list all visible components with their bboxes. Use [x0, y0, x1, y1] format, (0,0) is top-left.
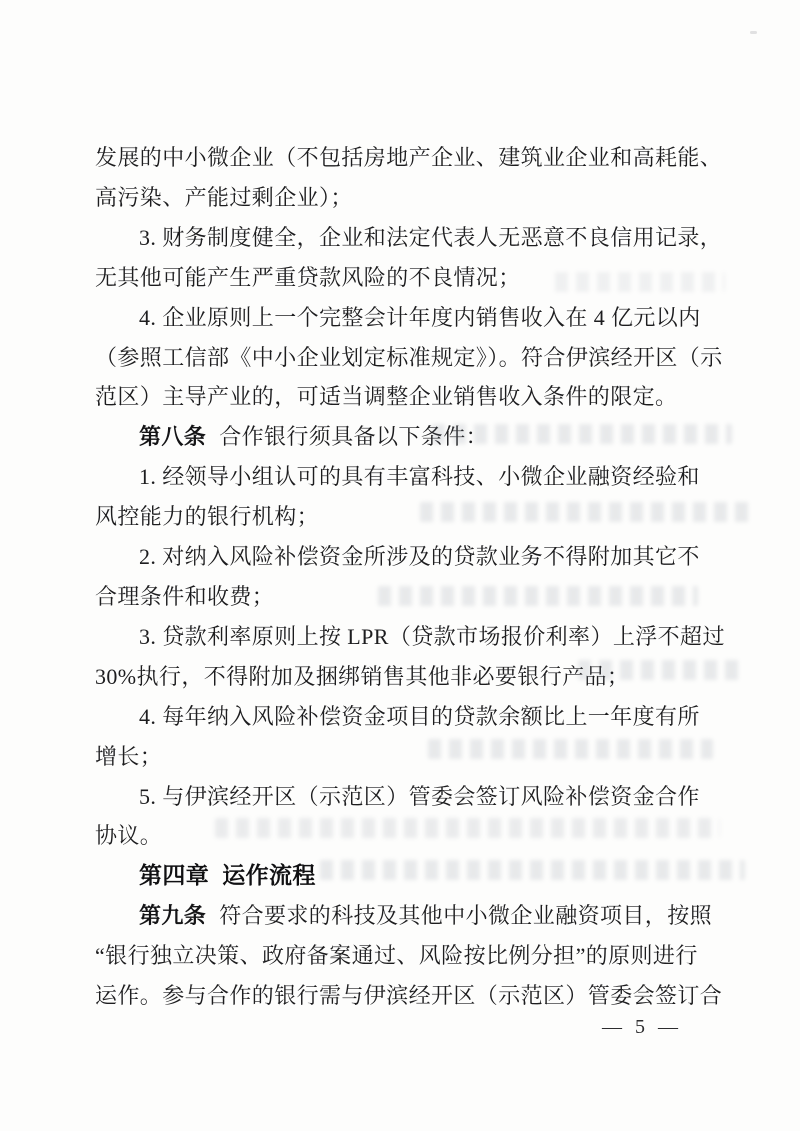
page-number: — 5 —: [602, 1016, 682, 1039]
paragraph-line: 5. 与伊滨经开区（示范区）管委会签订风险补偿资金合作: [95, 777, 715, 817]
paragraph-line: 协议。: [95, 816, 715, 856]
paragraph-line: 风控能力的银行机构；: [95, 497, 715, 537]
paragraph-line: 1. 经领导小组认可的具有丰富科技、小微企业融资经验和: [95, 457, 715, 497]
paragraph-line: 高污染、产能过剩企业）；: [95, 178, 715, 218]
paragraph-line: 发展的中小微企业（不包括房地产企业、建筑业企业和高耗能、: [95, 138, 715, 178]
paragraph-line: （参照工信部《中小企业划定标准规定》）。符合伊滨经开区（示: [95, 338, 715, 378]
paragraph-line: 范区）主导产业的，可适当调整企业销售收入条件的限定。: [95, 377, 715, 417]
paragraph-line: 合理条件和收费；: [95, 577, 715, 617]
article-8-line: 第八条合作银行须具备以下条件：: [95, 417, 715, 457]
paragraph-line: 增长；: [95, 737, 715, 777]
paragraph-line: 无其他可能产生严重贷款风险的不良情况；: [95, 258, 715, 298]
chapter-4-heading: 第四章运作流程: [95, 856, 715, 896]
paragraph-line: 30%执行，不得附加及捆绑销售其他非必要银行产品；: [95, 657, 715, 697]
scan-artifact: [750, 31, 757, 34]
paragraph-line: 4. 每年纳入风险补偿资金项目的贷款余额比上一年度有所: [95, 697, 715, 737]
paragraph-line: 4. 企业原则上一个完整会计年度内销售收入在 4 亿元以内: [95, 298, 715, 338]
paragraph-line: 运作。参与合作的银行需与伊滨经开区（示范区）管委会签订合: [95, 976, 715, 1016]
paragraph-line: 3. 贷款利率原则上按 LPR（贷款市场报价利率）上浮不超过: [95, 617, 715, 657]
scanned-document-page: 发展的中小微企业（不包括房地产企业、建筑业企业和高耗能、 高污染、产能过剩企业）…: [0, 0, 800, 1131]
document-body: 发展的中小微企业（不包括房地产企业、建筑业企业和高耗能、 高污染、产能过剩企业）…: [95, 138, 715, 1016]
paragraph-line: 3. 财务制度健全，企业和法定代表人无恶意不良信用记录，: [95, 218, 715, 258]
article-9-line: 第九条符合要求的科技及其他中小微企业融资项目，按照: [95, 896, 715, 936]
paragraph-line: “银行独立决策、政府备案通过、风险按比例分担”的原则进行: [95, 936, 715, 976]
paragraph-line: 2. 对纳入风险补偿资金所涉及的贷款业务不得附加其它不: [95, 537, 715, 577]
